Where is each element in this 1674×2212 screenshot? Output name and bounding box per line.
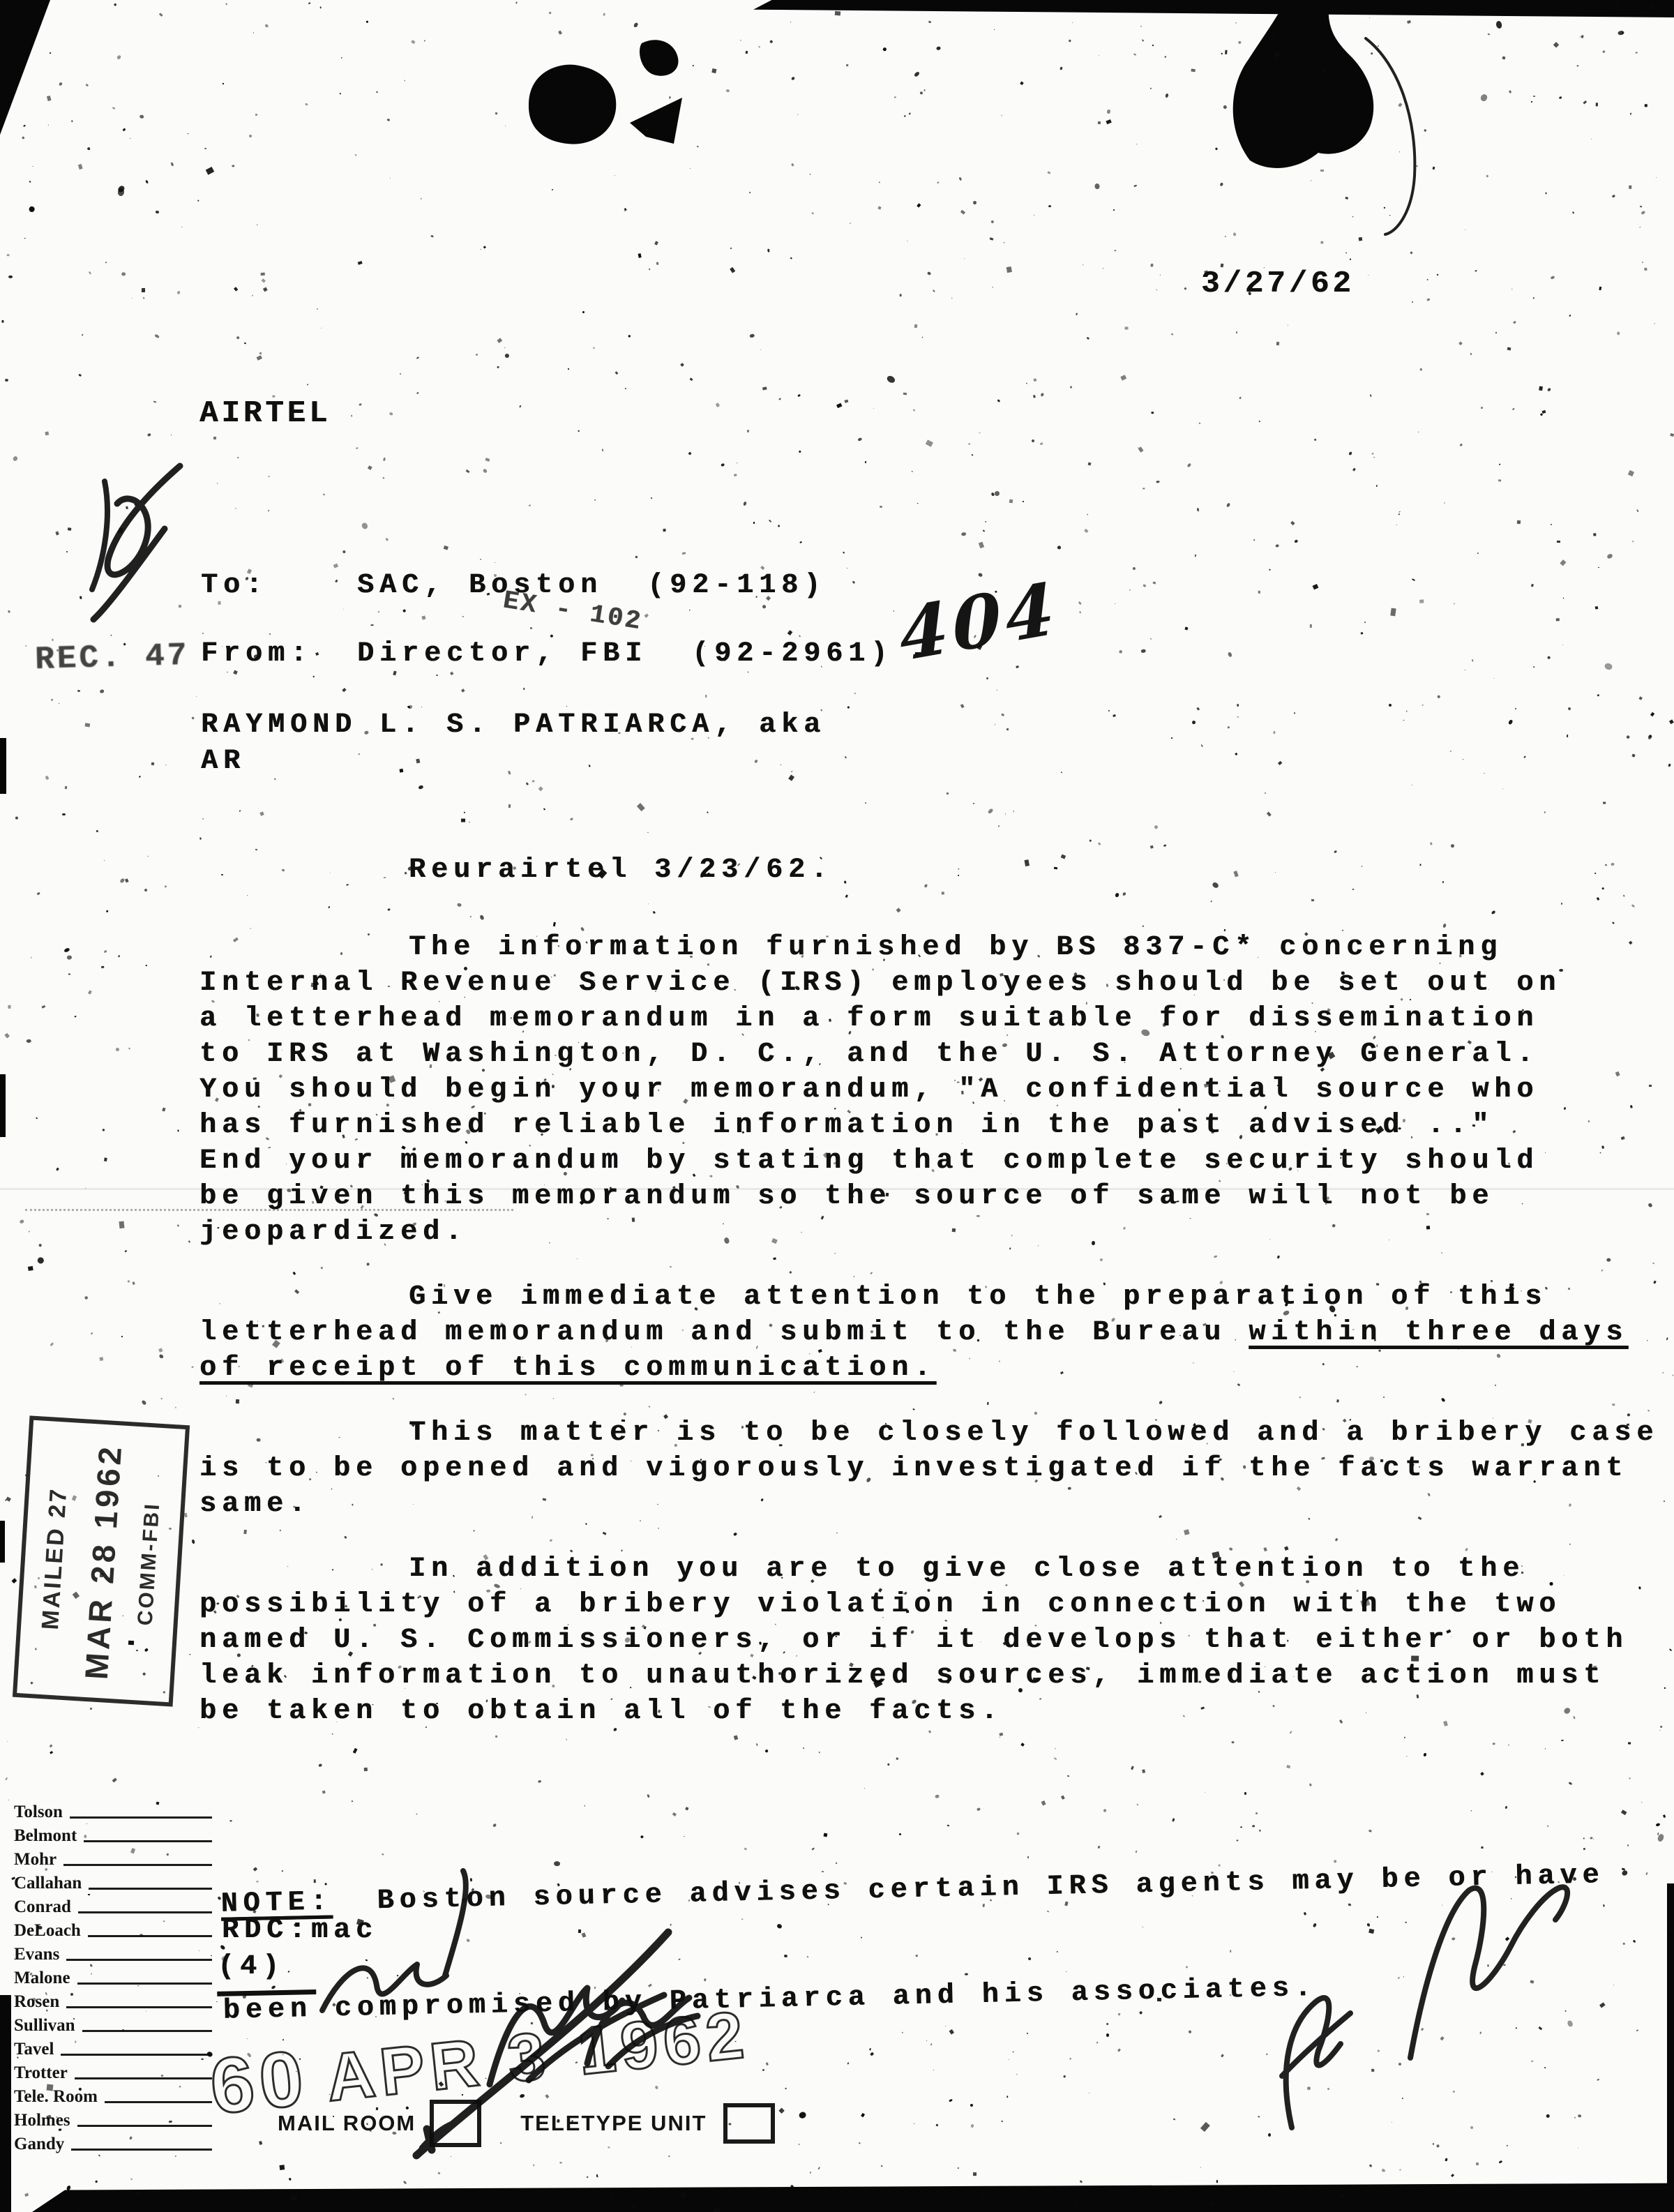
subject-line-program: AR [201, 744, 246, 779]
body-line: This matter is to be closely followed an… [199, 1415, 1657, 1451]
from-line: From: Director, FBI (92-2961) — [201, 636, 937, 672]
routing-rule-line [66, 1959, 212, 1961]
body-line: possibility of a bribery violation in co… [199, 1587, 1657, 1623]
paragraph: Give immediate attention to the preparat… [199, 1279, 1657, 1386]
routing-name-row: Mohr [14, 1846, 215, 1869]
routing-name: Holmes [14, 2111, 70, 2130]
mailed-stamp-line-3: COMM-FBI [134, 1502, 165, 1627]
communication-type-label: AIRTEL [199, 396, 331, 432]
mailed-stamp-line-1: MAILED 27 [37, 1487, 73, 1631]
routing-name: Belmont [14, 1826, 77, 1846]
routing-rule-line [66, 2006, 212, 2008]
scan-edge-artifact-left-1 [0, 738, 6, 794]
body-paragraphs: Reurairtel 3/23/62.The information furni… [199, 852, 1657, 1759]
body-line: of receipt of this communication. [199, 1350, 1657, 1386]
routing-rule-line [89, 1888, 212, 1890]
scan-edge-artifact-left-2 [0, 1074, 6, 1137]
body-line: same. [199, 1487, 1657, 1522]
handwritten-serial-number: 404 [897, 566, 1062, 678]
typist-initials: RDC:mac [222, 1913, 378, 1948]
routing-rule-line [82, 2030, 212, 2032]
routing-name: Conrad [14, 1897, 71, 1917]
routing-name: Callahan [14, 1874, 82, 1893]
ink-loop-line [1366, 38, 1415, 234]
routing-name: Tavel [14, 2040, 54, 2059]
routing-name-row: Sullivan [14, 2012, 215, 2036]
body-line: You should begin your memorandum, "A con… [199, 1072, 1657, 1108]
mailed-stamp-line-2: MAR 28 1962 [77, 1442, 129, 1680]
routing-name-row: Evans [14, 1941, 215, 1964]
ink-blob-small [640, 40, 679, 75]
teletype-unit-checkbox [723, 2103, 775, 2144]
paragraph: In addition you are to give close attent… [199, 1551, 1657, 1729]
paragraph: This matter is to be closely followed an… [199, 1415, 1657, 1522]
routing-name: Tolson [14, 1803, 63, 1822]
body-line: is to be opened and vigorously investiga… [199, 1451, 1657, 1487]
document-date: 3/27/62 [1201, 266, 1355, 302]
paragraph: The information furnished by BS 837-C* c… [199, 930, 1657, 1250]
ink-arrow-mark [630, 98, 682, 144]
body-line: has furnished reliable information in th… [199, 1108, 1657, 1143]
mailed-date-stamp: MAILED 27 MAR 28 1962 COMM-FBI [13, 1415, 190, 1706]
handwritten-initials-2 [92, 481, 107, 589]
routing-name-row: Tavel [14, 2036, 215, 2059]
routing-name: DeLoach [14, 1921, 81, 1941]
routing-rule-line [63, 1864, 212, 1866]
routing-name: Evans [14, 1945, 59, 1964]
underlined-emphasis: within three days [1249, 1317, 1628, 1348]
body-line: named U. S. Commissioners, or if it deve… [199, 1623, 1657, 1658]
scan-edge-artifact-left-3 [0, 1521, 5, 1563]
scan-edge-artifact-bottom-left [0, 1995, 11, 2212]
scanned-fbi-airtel-document: 3/27/62 AIRTEL REC. 47 EX - 102 To: SAC,… [0, 0, 1674, 2212]
routing-name: Malone [14, 1969, 70, 1988]
routing-slip-names: TolsonBelmontMohrCallahanConradDeLoachEv… [14, 1798, 215, 2154]
to-line: To: SAC, Boston (92-118) [201, 568, 826, 603]
routing-name: Mohr [14, 1850, 56, 1869]
body-line: End your memorandum by stating that comp… [199, 1143, 1657, 1179]
scan-edge-artifact-top-left [0, 0, 84, 146]
note-line-1: NOTE: Boston source advises certain IRS … [220, 1858, 1605, 1923]
routing-footer: MAIL ROOM TELETYPE UNIT [278, 2100, 775, 2147]
note-text-2-emphasis: been [223, 1994, 312, 2027]
body-line: to IRS at Washington, D. C., and the U. … [199, 1037, 1657, 1072]
teletype-unit-label: TELETYPE UNIT [520, 2111, 707, 2136]
copy-count: (4) [218, 1949, 285, 1985]
routing-name: Gandy [14, 2135, 64, 2154]
ink-blob-top-center [529, 65, 616, 144]
body-line: Reurairtel 3/23/62. [199, 852, 1657, 888]
routing-name-row: Conrad [14, 1893, 215, 1917]
routing-name-row: Trotter [14, 2059, 215, 2083]
routing-rule-line [61, 2054, 212, 2056]
scan-edge-artifact-bottom [32, 2181, 1674, 2212]
body-line: Internal Revenue Service (IRS) employees… [199, 965, 1657, 1001]
note-text-1: Boston source advises certain IRS agents… [332, 1860, 1605, 1918]
routing-name: Tele. Room [14, 2087, 98, 2107]
routing-rule-line [77, 2125, 212, 2127]
ink-blob-top-right [1233, 0, 1374, 168]
routing-rule-line [78, 1911, 212, 1913]
routing-name-row: Tolson [14, 1798, 215, 1822]
routing-rule-line [88, 1935, 212, 1937]
routing-name-row: Malone [14, 1964, 215, 1988]
routing-name-row: Callahan [14, 1869, 215, 1893]
body-line: In addition you are to give close attent… [199, 1551, 1657, 1587]
body-line: a letterhead memorandum in a form suitab… [199, 1001, 1657, 1037]
scan-edge-artifact-right [1667, 1883, 1674, 2212]
body-line: jeopardized. [199, 1214, 1657, 1250]
routing-rule-line [105, 2101, 212, 2103]
note-line-2: been compromised by Patriarca and his as… [223, 1964, 1607, 2029]
body-line: Give immediate attention to the preparat… [199, 1279, 1657, 1315]
body-line: be given this memorandum so the source o… [199, 1179, 1657, 1214]
note-text-2: compromised by Patriarca and his associa… [312, 1973, 1317, 2025]
routing-name-row: Gandy [14, 2130, 215, 2154]
routing-name-row: Tele. Room [14, 2083, 215, 2107]
routing-name-row: Rosen [14, 1988, 215, 2012]
routing-rule-line [71, 2149, 212, 2151]
reference-line: Reurairtel 3/23/62. [199, 852, 1657, 888]
mail-room-label: MAIL ROOM [278, 2111, 416, 2136]
routing-rule-line [77, 1982, 212, 1985]
subject-line-name: RAYMOND L. S. PATRIARCA, aka [201, 707, 826, 743]
routing-name-row: Belmont [14, 1822, 215, 1846]
handwritten-initials [93, 466, 180, 619]
underlined-emphasis: of receipt of this communication. [199, 1353, 936, 1384]
routing-rule-line [70, 1816, 212, 1819]
routing-name: Rosen [14, 1992, 59, 2012]
routing-name-row: Holmes [14, 2107, 215, 2130]
routing-name: Trotter [14, 2063, 68, 2083]
routing-rule-line [84, 1840, 212, 1842]
body-line: The information furnished by BS 837-C* c… [199, 930, 1657, 965]
mail-room-checkbox [430, 2100, 481, 2147]
scan-edge-artifact-top [753, 0, 1674, 17]
body-line: leak information to unauthorized sources… [199, 1658, 1657, 1694]
routing-rule-line [75, 2077, 212, 2079]
routing-name: Sullivan [14, 2016, 75, 2036]
routing-name-row: DeLoach [14, 1917, 215, 1941]
body-line: letterhead memorandum and submit to the … [199, 1315, 1657, 1350]
rec-number-stamp: REC. 47 [34, 638, 189, 678]
body-line: be taken to obtain all of the facts. [199, 1694, 1657, 1729]
